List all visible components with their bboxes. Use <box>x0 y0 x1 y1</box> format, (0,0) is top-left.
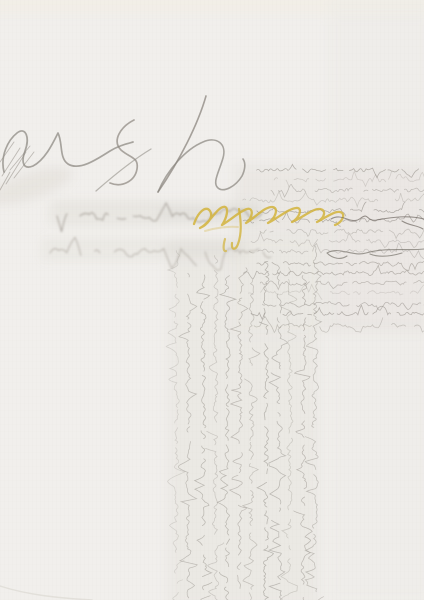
artwork-canvas <box>0 0 424 600</box>
wash-vertical-band <box>168 238 320 600</box>
artwork <box>0 0 424 600</box>
